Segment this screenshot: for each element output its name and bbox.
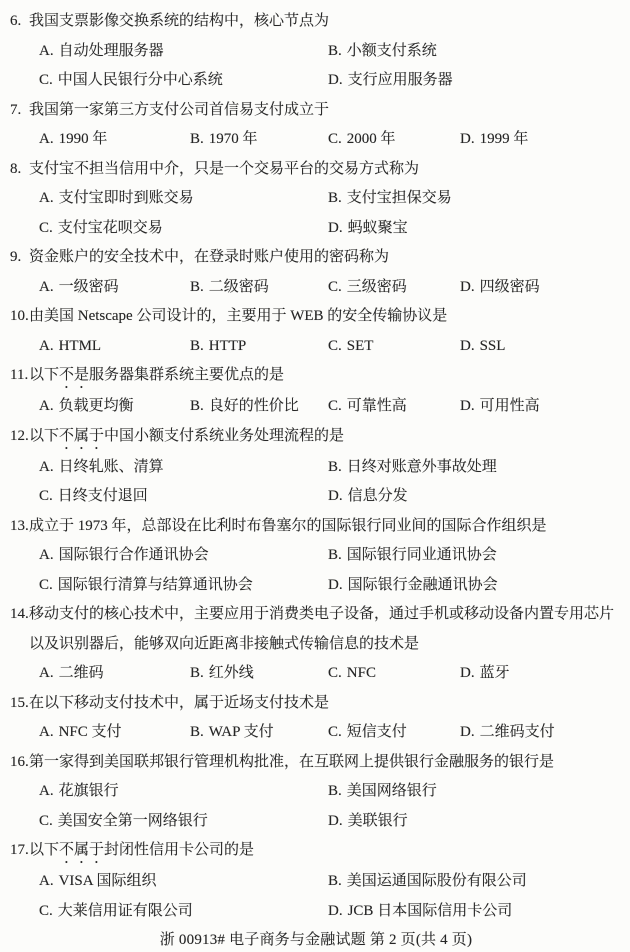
option-a: A.负载更均衡 [39, 392, 190, 422]
stem-segment: 以及识别器后，能够双向近距离非接触式传输信息的技术是 [29, 636, 419, 652]
option-row: A.支付宝即时到账交易B.支付宝担保交易 [10, 184, 622, 214]
question-number: 12. [10, 422, 29, 452]
question-stem: 15.在以下移动支付技术中，属于近场支付技术是 [10, 689, 622, 719]
question-stem: 11.以下不是服务器集群系统主要优点的是 [10, 361, 622, 392]
option-row: C.支付宝花呗交易D.蚂蚁聚宝 [10, 214, 622, 244]
option-label: A. [39, 783, 54, 799]
option-b: B.1970 年 [190, 125, 328, 155]
option-c: C.支付宝花呗交易 [39, 214, 328, 244]
option-c: C.大莱信用证有限公司 [39, 897, 328, 927]
option-label: C. [39, 813, 53, 829]
question-number: 16. [10, 748, 29, 778]
option-label: B. [328, 190, 342, 206]
option-c: C.2000 年 [328, 125, 460, 155]
option-label: D. [328, 577, 343, 593]
option-label: A. [39, 873, 54, 889]
option-d: D.支行应用服务器 [328, 66, 622, 96]
option-label: B. [190, 279, 204, 295]
option-text: 日终支付退回 [58, 488, 148, 504]
option-row: A.一级密码B.二级密码C.三级密码D.四级密码 [10, 273, 622, 303]
option-text: 国际银行同业通讯协会 [347, 547, 497, 563]
option-c: C.NFC [328, 659, 460, 689]
question-stem: 9.资金账户的安全技术中，在登录时账户使用的密码称为 [10, 243, 622, 273]
option-label: C. [328, 338, 342, 354]
stem-segment: 支付宝不担当信用中介，只是一个交易平台的交易方式称为 [29, 161, 419, 177]
option-label: D. [328, 903, 343, 919]
option-b: B.日终对账意外事故处理 [328, 453, 622, 483]
option-text: 日终轧账、清算 [59, 459, 164, 475]
option-row: A.1990 年B.1970 年C.2000 年D.1999 年 [10, 125, 622, 155]
question-stem: 7.我国第一家第三方支付公司首信易支付成立于 [10, 96, 622, 126]
question-15: 15.在以下移动支付技术中，属于近场支付技术是A.NFC 支付B.WAP 支付C… [10, 689, 622, 748]
option-label: B. [328, 459, 342, 475]
question-stem-text: 以下不是服务器集群系统主要优点的是 [29, 361, 622, 392]
option-label: A. [39, 547, 54, 563]
question-8: 8.支付宝不担当信用中介，只是一个交易平台的交易方式称为A.支付宝即时到账交易B… [10, 155, 622, 244]
stem-segment: 由美国 Netscape 公司设计的，主要用于 WEB 的安全传输协议是 [29, 308, 447, 324]
option-c: C.SET [328, 332, 460, 362]
option-text: 美国安全第一网络银行 [58, 813, 208, 829]
emphasized-text: 不是 [59, 367, 89, 383]
option-text: SSL [480, 338, 506, 354]
question-stem-text: 以下不属于封闭性信用卡公司的是 [29, 836, 622, 867]
option-b: B.国际银行同业通讯协会 [328, 541, 622, 571]
question-stem-text: 成立于 1973 年，总部设在比利时布鲁塞尔的国际银行同业间的国际合作组织是 [29, 512, 622, 542]
option-text: 2000 年 [347, 131, 396, 147]
option-text: 美国网络银行 [347, 783, 437, 799]
question-number: 9. [10, 243, 29, 273]
question-stem: 6.我国支票影像交换系统的结构中，核心节点为 [10, 7, 622, 37]
option-a: A.自动处理服务器 [39, 37, 328, 67]
question-14: 14.移动支付的核心技术中，主要应用于消费类电子设备，通过手机或移动设备内置专用… [10, 600, 622, 689]
option-text: 小额支付系统 [347, 43, 437, 59]
option-label: A. [39, 398, 54, 414]
option-c: C.美国安全第一网络银行 [39, 807, 328, 837]
stem-segment: 以下 [29, 367, 59, 383]
option-row: A.自动处理服务器B.小额支付系统 [10, 37, 622, 67]
option-label: A. [39, 131, 54, 147]
option-a: A.VISA 国际组织 [39, 867, 328, 897]
option-text: 负载更均衡 [59, 398, 134, 414]
stem-segment: 封闭性信用卡公司的是 [104, 842, 254, 858]
option-text: 短信支付 [347, 724, 407, 740]
option-text: 二维码支付 [480, 724, 555, 740]
stem-segment: 我国第一家第三方支付公司首信易支付成立于 [29, 102, 329, 118]
option-text: 二维码 [59, 665, 104, 681]
question-number: 13. [10, 512, 29, 542]
option-a: A.支付宝即时到账交易 [39, 184, 328, 214]
option-text: NFC [347, 665, 376, 681]
stem-segment: 资金账户的安全技术中，在登录时账户使用的密码称为 [29, 249, 389, 265]
option-text: 1970 年 [209, 131, 258, 147]
option-b: B.美国网络银行 [328, 777, 622, 807]
option-label: C. [39, 577, 53, 593]
option-d: D.可用性高 [460, 392, 622, 422]
option-b: B.HTTP [190, 332, 328, 362]
option-text: 支付宝花呗交易 [58, 220, 163, 236]
question-number: 11. [10, 361, 29, 391]
option-a: A.一级密码 [39, 273, 190, 303]
option-text: 1999 年 [480, 131, 529, 147]
option-d: D.四级密码 [460, 273, 622, 303]
question-stem-text: 以下不属于中国小额支付系统业务处理流程的是 [29, 422, 622, 453]
question-11: 11.以下不是服务器集群系统主要优点的是A.负载更均衡B.良好的性价比C.可靠性… [10, 361, 622, 422]
option-label: A. [39, 459, 54, 475]
question-9: 9.资金账户的安全技术中，在登录时账户使用的密码称为A.一级密码B.二级密码C.… [10, 243, 622, 302]
question-stem-text: 我国支票影像交换系统的结构中，核心节点为 [29, 7, 622, 37]
option-text: 三级密码 [347, 279, 407, 295]
option-row: A.HTMLB.HTTPC.SETD.SSL [10, 332, 622, 362]
option-label: C. [39, 72, 53, 88]
option-d: D.二维码支付 [460, 718, 622, 748]
option-text: 自动处理服务器 [59, 43, 164, 59]
option-text: 良好的性价比 [209, 398, 299, 414]
question-stem-text: 第一家得到美国联邦银行管理机构批准，在互联网上提供银行金融服务的银行是 [29, 748, 622, 778]
option-label: A. [39, 190, 54, 206]
question-16: 16.第一家得到美国联邦银行管理机构批准，在互联网上提供银行金融服务的银行是A.… [10, 748, 622, 837]
option-label: C. [39, 903, 53, 919]
option-d: D.JCB 日本国际信用卡公司 [328, 897, 622, 927]
option-c: C.日终支付退回 [39, 482, 328, 512]
option-a: A.NFC 支付 [39, 718, 190, 748]
option-b: B.小额支付系统 [328, 37, 622, 67]
question-stem: 8.支付宝不担当信用中介，只是一个交易平台的交易方式称为 [10, 155, 622, 185]
option-row: C.日终支付退回D.信息分发 [10, 482, 622, 512]
question-number: 8. [10, 155, 29, 185]
option-text: WAP 支付 [209, 724, 274, 740]
option-text: 一级密码 [59, 279, 119, 295]
option-d: D.蚂蚁聚宝 [328, 214, 622, 244]
option-d: D.国际银行金融通讯协会 [328, 571, 622, 601]
option-label: D. [460, 279, 475, 295]
option-row: C.美国安全第一网络银行D.美联银行 [10, 807, 622, 837]
question-stem: 17.以下不属于封闭性信用卡公司的是 [10, 836, 622, 867]
option-text: 日终对账意外事故处理 [347, 459, 497, 475]
question-stem: 10.由美国 Netscape 公司设计的，主要用于 WEB 的安全传输协议是 [10, 302, 622, 332]
option-label: B. [190, 398, 204, 414]
option-a: A.花旗银行 [39, 777, 328, 807]
option-label: B. [328, 783, 342, 799]
question-number: 7. [10, 96, 29, 126]
option-text: 信息分发 [348, 488, 408, 504]
option-row: A.NFC 支付B.WAP 支付C.短信支付D.二维码支付 [10, 718, 622, 748]
question-number: 6. [10, 7, 29, 37]
stem-segment: 服务器集群系统主要优点的是 [89, 367, 284, 383]
option-text: 支付宝担保交易 [347, 190, 452, 206]
option-b: B.WAP 支付 [190, 718, 328, 748]
option-row: A.VISA 国际组织B.美国运通国际股份有限公司 [10, 867, 622, 897]
question-12: 12.以下不属于中国小额支付系统业务处理流程的是A.日终轧账、清算B.日终对账意… [10, 422, 622, 512]
stem-segment: 第一家得到美国联邦银行管理机构批准，在互联网上提供银行金融服务的银行是 [29, 754, 554, 770]
stem-segment: 中国小额支付系统业务处理流程的是 [104, 428, 344, 444]
option-text: 支行应用服务器 [348, 72, 453, 88]
option-text: 支付宝即时到账交易 [59, 190, 194, 206]
option-c: C.中国人民银行分中心系统 [39, 66, 328, 96]
option-b: B.良好的性价比 [190, 392, 328, 422]
option-label: B. [328, 873, 342, 889]
question-7: 7.我国第一家第三方支付公司首信易支付成立于A.1990 年B.1970 年C.… [10, 96, 622, 155]
question-13: 13.成立于 1973 年，总部设在比利时布鲁塞尔的国际银行同业间的国际合作组织… [10, 512, 622, 601]
option-label: D. [460, 724, 475, 740]
option-row: A.二维码B.红外线C.NFCD.蓝牙 [10, 659, 622, 689]
option-text: 美国运通国际股份有限公司 [347, 873, 527, 889]
option-label: D. [328, 813, 343, 829]
stem-segment: 我国支票影像交换系统的结构中，核心节点为 [29, 13, 329, 29]
option-b: B.美国运通国际股份有限公司 [328, 867, 622, 897]
option-label: C. [39, 220, 53, 236]
option-c: C.三级密码 [328, 273, 460, 303]
option-d: D.美联银行 [328, 807, 622, 837]
emphasized-text: 不属于 [59, 428, 104, 444]
question-list: 6.我国支票影像交换系统的结构中，核心节点为A.自动处理服务器B.小额支付系统C… [10, 7, 622, 926]
option-label: B. [328, 43, 342, 59]
option-d: D.信息分发 [328, 482, 622, 512]
option-text: 大莱信用证有限公司 [58, 903, 193, 919]
stem-segment: 移动支付的核心技术中，主要应用于消费类电子设备，通过手机或移动设备内置专用芯片 [29, 606, 614, 622]
question-10: 10.由美国 Netscape 公司设计的，主要用于 WEB 的安全传输协议是A… [10, 302, 622, 361]
option-text: 二级密码 [209, 279, 269, 295]
option-a: A.1990 年 [39, 125, 190, 155]
option-row: C.国际银行清算与结算通讯协会D.国际银行金融通讯协会 [10, 571, 622, 601]
option-text: 花旗银行 [59, 783, 119, 799]
option-text: 蚂蚁聚宝 [348, 220, 408, 236]
question-stem: 14.移动支付的核心技术中，主要应用于消费类电子设备，通过手机或移动设备内置专用… [10, 600, 622, 659]
option-label: A. [39, 338, 54, 354]
option-label: C. [328, 131, 342, 147]
option-label: B. [328, 547, 342, 563]
option-label: D. [328, 488, 343, 504]
option-text: HTML [59, 338, 102, 354]
stem-segment: 以下 [29, 842, 59, 858]
option-label: C. [328, 398, 342, 414]
option-label: A. [39, 279, 54, 295]
option-label: A. [39, 665, 54, 681]
option-text: 四级密码 [480, 279, 540, 295]
option-label: C. [39, 488, 53, 504]
emphasized-text: 不属于 [59, 842, 104, 858]
question-stem-text: 资金账户的安全技术中，在登录时账户使用的密码称为 [29, 243, 622, 273]
option-text: HTTP [209, 338, 247, 354]
option-d: D.SSL [460, 332, 622, 362]
page-footer: 浙 00913# 电子商务与金融试题 第 2 页(共 4 页) [10, 926, 622, 952]
option-text: SET [347, 338, 374, 354]
option-label: B. [190, 724, 204, 740]
question-number: 14. [10, 600, 29, 630]
option-a: A.HTML [39, 332, 190, 362]
option-text: 美联银行 [348, 813, 408, 829]
option-row: C.中国人民银行分中心系统D.支行应用服务器 [10, 66, 622, 96]
option-c: C.可靠性高 [328, 392, 460, 422]
option-text: 国际银行清算与结算通讯协会 [58, 577, 253, 593]
option-text: 可用性高 [480, 398, 540, 414]
option-label: A. [39, 43, 54, 59]
question-stem: 12.以下不属于中国小额支付系统业务处理流程的是 [10, 422, 622, 453]
option-label: C. [328, 665, 342, 681]
option-b: B.红外线 [190, 659, 328, 689]
option-label: D. [328, 220, 343, 236]
option-text: 国际银行合作通讯协会 [59, 547, 209, 563]
option-label: C. [328, 724, 342, 740]
option-label: D. [328, 72, 343, 88]
stem-segment: 以下 [29, 428, 59, 444]
question-number: 15. [10, 689, 29, 719]
option-a: A.日终轧账、清算 [39, 453, 328, 483]
option-text: 蓝牙 [480, 665, 510, 681]
option-text: 1990 年 [59, 131, 108, 147]
option-a: A.二维码 [39, 659, 190, 689]
question-stem-text: 我国第一家第三方支付公司首信易支付成立于 [29, 96, 622, 126]
option-d: D.蓝牙 [460, 659, 622, 689]
option-label: B. [190, 665, 204, 681]
stem-segment: 在以下移动支付技术中，属于近场支付技术是 [29, 695, 329, 711]
option-a: A.国际银行合作通讯协会 [39, 541, 328, 571]
option-row: A.花旗银行B.美国网络银行 [10, 777, 622, 807]
option-c: C.短信支付 [328, 718, 460, 748]
option-text: NFC 支付 [59, 724, 122, 740]
question-stem: 13.成立于 1973 年，总部设在比利时布鲁塞尔的国际银行同业间的国际合作组织… [10, 512, 622, 542]
option-b: B.支付宝担保交易 [328, 184, 622, 214]
option-label: D. [460, 398, 475, 414]
question-number: 17. [10, 836, 29, 866]
option-label: D. [460, 131, 475, 147]
question-stem-text: 在以下移动支付技术中，属于近场支付技术是 [29, 689, 622, 719]
option-d: D.1999 年 [460, 125, 622, 155]
question-stem-text: 移动支付的核心技术中，主要应用于消费类电子设备，通过手机或移动设备内置专用芯片以… [29, 600, 622, 659]
option-row: A.日终轧账、清算B.日终对账意外事故处理 [10, 453, 622, 483]
question-stem: 16.第一家得到美国联邦银行管理机构批准，在互联网上提供银行金融服务的银行是 [10, 748, 622, 778]
question-17: 17.以下不属于封闭性信用卡公司的是A.VISA 国际组织B.美国运通国际股份有… [10, 836, 622, 926]
option-row: A.国际银行合作通讯协会B.国际银行同业通讯协会 [10, 541, 622, 571]
option-b: B.二级密码 [190, 273, 328, 303]
option-text: 可靠性高 [347, 398, 407, 414]
option-text: JCB 日本国际信用卡公司 [348, 903, 513, 919]
question-number: 10. [10, 302, 29, 332]
stem-segment: 成立于 1973 年，总部设在比利时布鲁塞尔的国际银行同业间的国际合作组织是 [29, 518, 547, 534]
option-text: 国际银行金融通讯协会 [348, 577, 498, 593]
option-text: VISA 国际组织 [59, 873, 157, 889]
option-row: A.负载更均衡B.良好的性价比C.可靠性高D.可用性高 [10, 392, 622, 422]
option-label: D. [460, 665, 475, 681]
option-label: C. [328, 279, 342, 295]
question-stem-text: 由美国 Netscape 公司设计的，主要用于 WEB 的安全传输协议是 [29, 302, 622, 332]
option-row: C.大莱信用证有限公司D.JCB 日本国际信用卡公司 [10, 897, 622, 927]
option-text: 中国人民银行分中心系统 [58, 72, 223, 88]
option-text: 红外线 [209, 665, 254, 681]
option-label: A. [39, 724, 54, 740]
option-label: B. [190, 338, 204, 354]
question-6: 6.我国支票影像交换系统的结构中，核心节点为A.自动处理服务器B.小额支付系统C… [10, 7, 622, 96]
question-stem-text: 支付宝不担当信用中介，只是一个交易平台的交易方式称为 [29, 155, 622, 185]
option-c: C.国际银行清算与结算通讯协会 [39, 571, 328, 601]
option-label: B. [190, 131, 204, 147]
option-label: D. [460, 338, 475, 354]
exam-page: 6.我国支票影像交换系统的结构中，核心节点为A.自动处理服务器B.小额支付系统C… [0, 0, 630, 952]
